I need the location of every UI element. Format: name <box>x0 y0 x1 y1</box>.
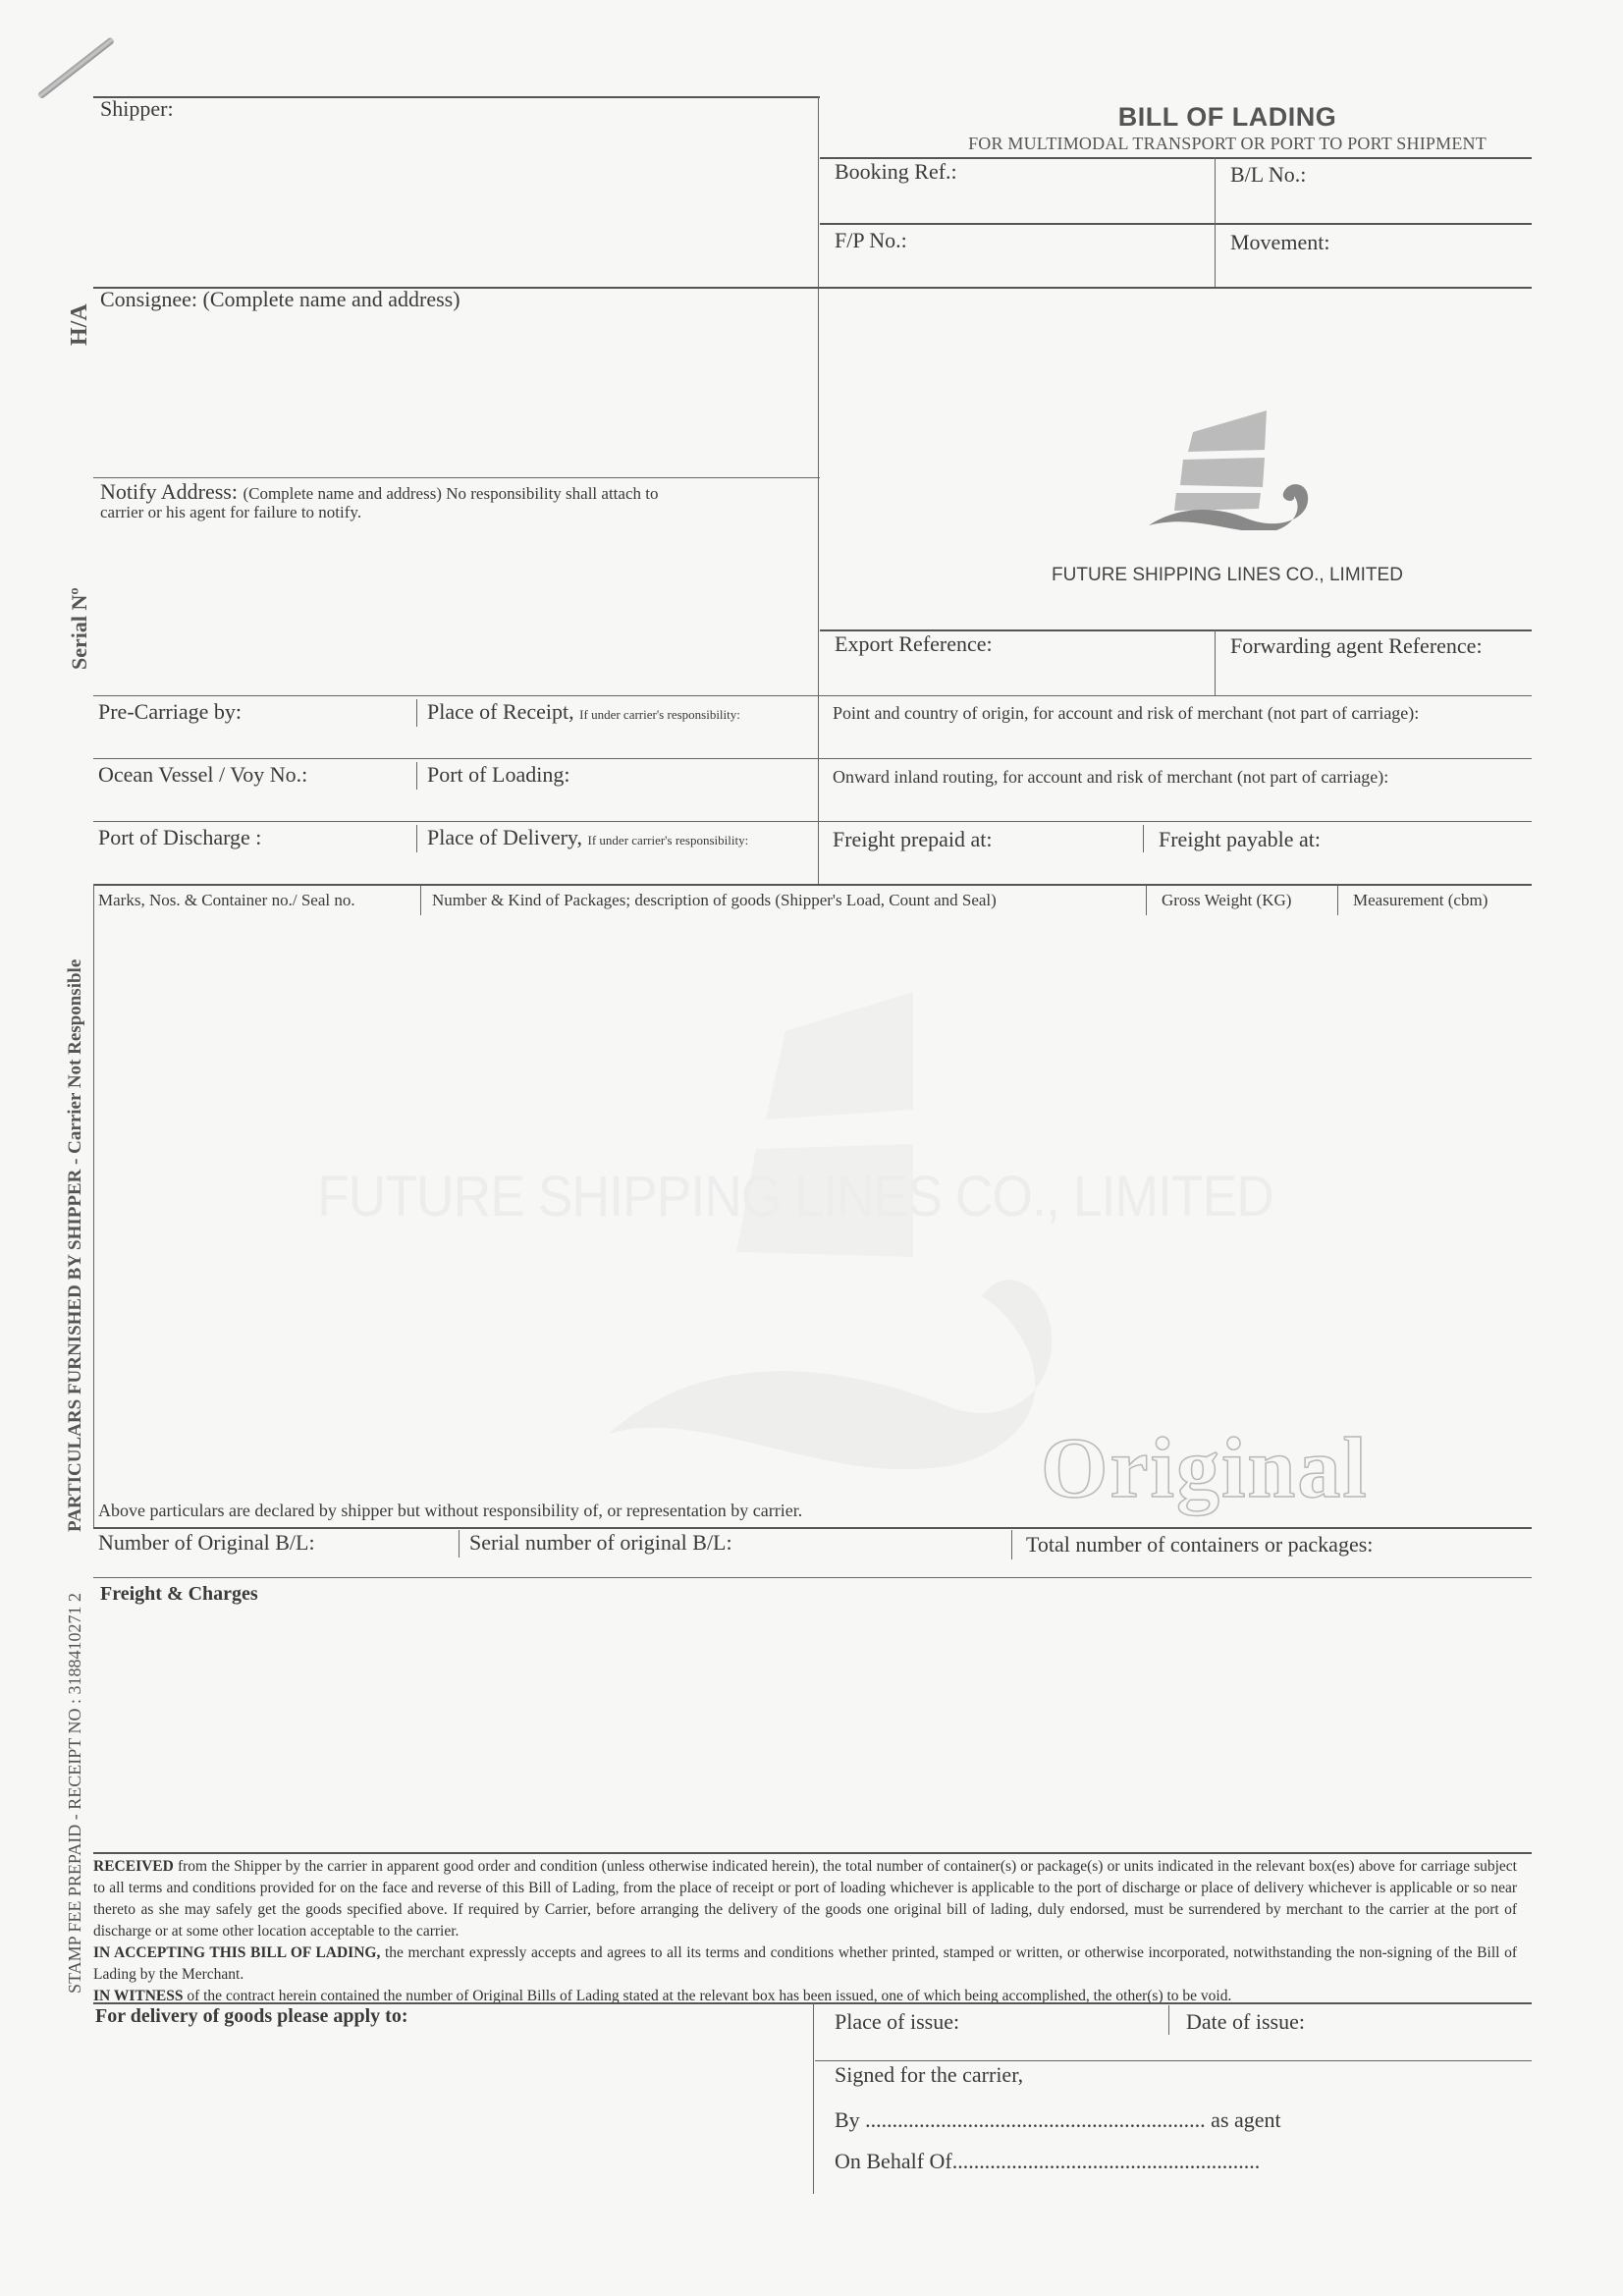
export-ref-label: Export Reference: <box>835 631 993 657</box>
serial-no-label: Serial Nº <box>67 587 92 670</box>
divider <box>1143 825 1144 852</box>
particulars-disclaimer: Above particulars are declared by shippe… <box>98 1501 802 1521</box>
forwarding-ref-label: Forwarding agent Reference: <box>1230 633 1483 659</box>
divider <box>815 2060 1532 2061</box>
notify-address-label: Notify Address: (Complete name and addre… <box>100 479 658 505</box>
divider <box>1168 2005 1169 2035</box>
ha-label: H/A <box>67 303 93 346</box>
place-of-delivery-note: If under carrier's responsibility: <box>588 833 749 847</box>
divider <box>1337 886 1338 915</box>
date-of-issue-label: Date of issue: <box>1186 2009 1305 2035</box>
pre-carriage-label: Pre-Carriage by: <box>98 699 242 725</box>
freight-payable-label: Freight payable at: <box>1159 827 1321 852</box>
notify-note: (Complete name and address) No responsib… <box>243 484 658 503</box>
divider <box>93 758 1532 759</box>
staple-mark <box>37 36 115 99</box>
column-header-gross-weight: Gross Weight (KG) <box>1162 891 1291 910</box>
document-title: BILL OF LADING <box>982 102 1473 133</box>
ocean-vessel-label: Ocean Vessel / Voy No.: <box>98 762 307 788</box>
terms-and-conditions: RECEIVED from the Shipper by the carrier… <box>93 1856 1517 2007</box>
divider <box>93 1852 1532 1854</box>
port-of-loading-label: Port of Loading: <box>427 762 569 788</box>
movement-label: Movement: <box>1230 230 1329 255</box>
place-of-receipt-note: If under carrier's responsibility: <box>579 707 740 722</box>
column-header-description: Number & Kind of Packages; description o… <box>432 891 997 910</box>
place-of-delivery-title: Place of Delivery, <box>427 825 582 849</box>
bl-no-label: B/L No.: <box>1230 162 1306 188</box>
signature-by-line[interactable]: By .....................................… <box>835 2107 1281 2133</box>
place-of-receipt-label: Place of Receipt, If under carrier's res… <box>427 699 740 725</box>
divider <box>1215 157 1216 289</box>
place-of-delivery-label: Place of Delivery, If under carrier's re… <box>427 825 748 850</box>
divider <box>416 825 417 852</box>
fp-no-label: F/P No.: <box>835 228 907 253</box>
port-of-discharge-label: Port of Discharge : <box>98 825 261 850</box>
original-stamp: Original <box>1041 1419 1369 1518</box>
consignee-label: Consignee: (Complete name and address) <box>100 287 460 312</box>
company-name: FUTURE SHIPPING LINES CO., LIMITED <box>972 565 1483 586</box>
sailboat-wave-logo-icon <box>1139 403 1325 530</box>
point-of-origin-label: Point and country of origin, for account… <box>833 703 1419 724</box>
place-of-issue-label: Place of issue: <box>835 2009 959 2035</box>
received-heading: RECEIVED <box>93 1858 174 1875</box>
received-text: from the Shipper by the carrier in appar… <box>93 1858 1517 1940</box>
divider <box>420 886 421 915</box>
received-clause: RECEIVED from the Shipper by the carrier… <box>93 1856 1517 1942</box>
stamp-fee-label: STAMP FEE PREPAID - RECEIPT NO : 3188410… <box>65 1593 85 1994</box>
freight-charges-label: Freight & Charges <box>100 1583 258 1606</box>
document-subtitle: FOR MULTIMODAL TRANSPORT OR PORT TO PORT… <box>864 134 1591 154</box>
signed-for-carrier-label: Signed for the carrier, <box>835 2062 1023 2088</box>
place-of-receipt-title: Place of Receipt, <box>427 699 574 724</box>
divider <box>93 884 94 1527</box>
notify-title: Notify Address: <box>100 479 238 504</box>
divider <box>93 821 1532 822</box>
divider <box>818 695 819 884</box>
divider <box>416 762 417 790</box>
divider <box>459 1530 460 1558</box>
divider <box>93 1527 1532 1529</box>
delivery-apply-label: For delivery of goods please apply to: <box>95 2005 408 2028</box>
onward-routing-label: Onward inland routing, for account and r… <box>833 767 1388 788</box>
divider <box>93 477 820 478</box>
divider <box>93 96 820 98</box>
divider <box>1215 629 1216 696</box>
divider <box>93 1577 1532 1578</box>
accepting-clause: IN ACCEPTING THIS BILL OF LADING, the me… <box>93 1942 1517 1986</box>
number-of-original-bl-label: Number of Original B/L: <box>98 1530 315 1556</box>
column-header-marks: Marks, Nos. & Container no./ Seal no. <box>98 891 355 910</box>
particulars-label: PARTICULARS FURNISHED BY SHIPPER - Carri… <box>65 959 86 1532</box>
serial-number-original-bl-label: Serial number of original B/L: <box>469 1530 732 1556</box>
divider <box>1011 1530 1012 1559</box>
watermark-company-name: FUTURE SHIPPING LINES CO., LIMITED <box>231 1164 1360 1230</box>
divider <box>416 699 417 727</box>
divider <box>813 2002 814 2194</box>
booking-ref-label: Booking Ref.: <box>835 159 957 185</box>
column-header-measurement: Measurement (cbm) <box>1353 891 1488 910</box>
divider <box>820 223 1532 225</box>
divider <box>93 884 1532 886</box>
total-containers-label: Total number of containers or packages: <box>1026 1532 1373 1558</box>
freight-prepaid-label: Freight prepaid at: <box>833 827 993 852</box>
divider <box>93 695 1532 696</box>
shipper-label: Shipper: <box>100 96 174 122</box>
divider <box>1146 886 1147 915</box>
notify-note-line2: carrier or his agent for failure to noti… <box>100 503 361 522</box>
accepting-heading: IN ACCEPTING THIS BILL OF LADING, <box>93 1944 380 1961</box>
divider <box>818 96 819 695</box>
on-behalf-of-line[interactable]: On Behalf Of............................… <box>835 2149 1260 2174</box>
